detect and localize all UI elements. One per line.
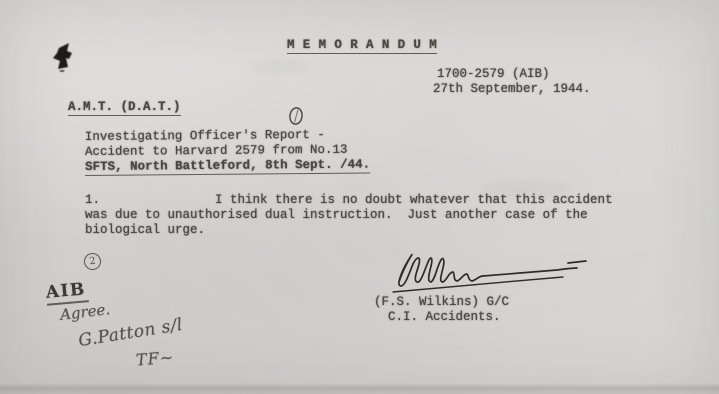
wilkins-signature-scrawl xyxy=(385,246,597,300)
aib-annotation: AIB xyxy=(45,279,89,306)
scan-smudge xyxy=(250,60,310,74)
memo-title: M E M O R A N D U M xyxy=(287,38,437,54)
officer-signature: G.Patton s/l xyxy=(77,315,184,351)
circled-number-text: 2 xyxy=(89,256,96,268)
body-line-2: was due to unauthorised dual instruction… xyxy=(85,208,588,222)
memo-scan-page: M E M O R A N D U M 1700-2579 (AIB) 27th… xyxy=(0,0,719,394)
body-line-1: I think there is no doubt whatever that … xyxy=(215,193,613,207)
addressee: A.M.T. (D.A.T.) xyxy=(68,100,181,116)
memo-date: 27th September, 1944. xyxy=(433,82,591,96)
signatory-name: (F.S. Wilkins) G/C xyxy=(374,295,509,309)
subject-line-2: Accident to Harvard 2579 from No.13 xyxy=(85,143,348,159)
ink-blot-icon xyxy=(50,41,76,73)
initials-annotation: TF~ xyxy=(135,347,175,369)
circled-number-annotation: 2 xyxy=(83,252,102,271)
signatory-title: C.I. Accidents. xyxy=(388,310,501,324)
scan-bottom-shadow xyxy=(0,383,719,394)
body-line-3: biological urge. xyxy=(85,223,205,237)
subject-line-1: Investigating Officer's Report - xyxy=(85,128,325,144)
paragraph-number: 1. xyxy=(85,193,100,207)
circled-mark-icon xyxy=(288,106,304,126)
reference-number: 1700-2579 (AIB) xyxy=(437,67,550,81)
subject-line-3: SFTS, North Battleford, 8th Sept. /44. xyxy=(85,158,370,176)
